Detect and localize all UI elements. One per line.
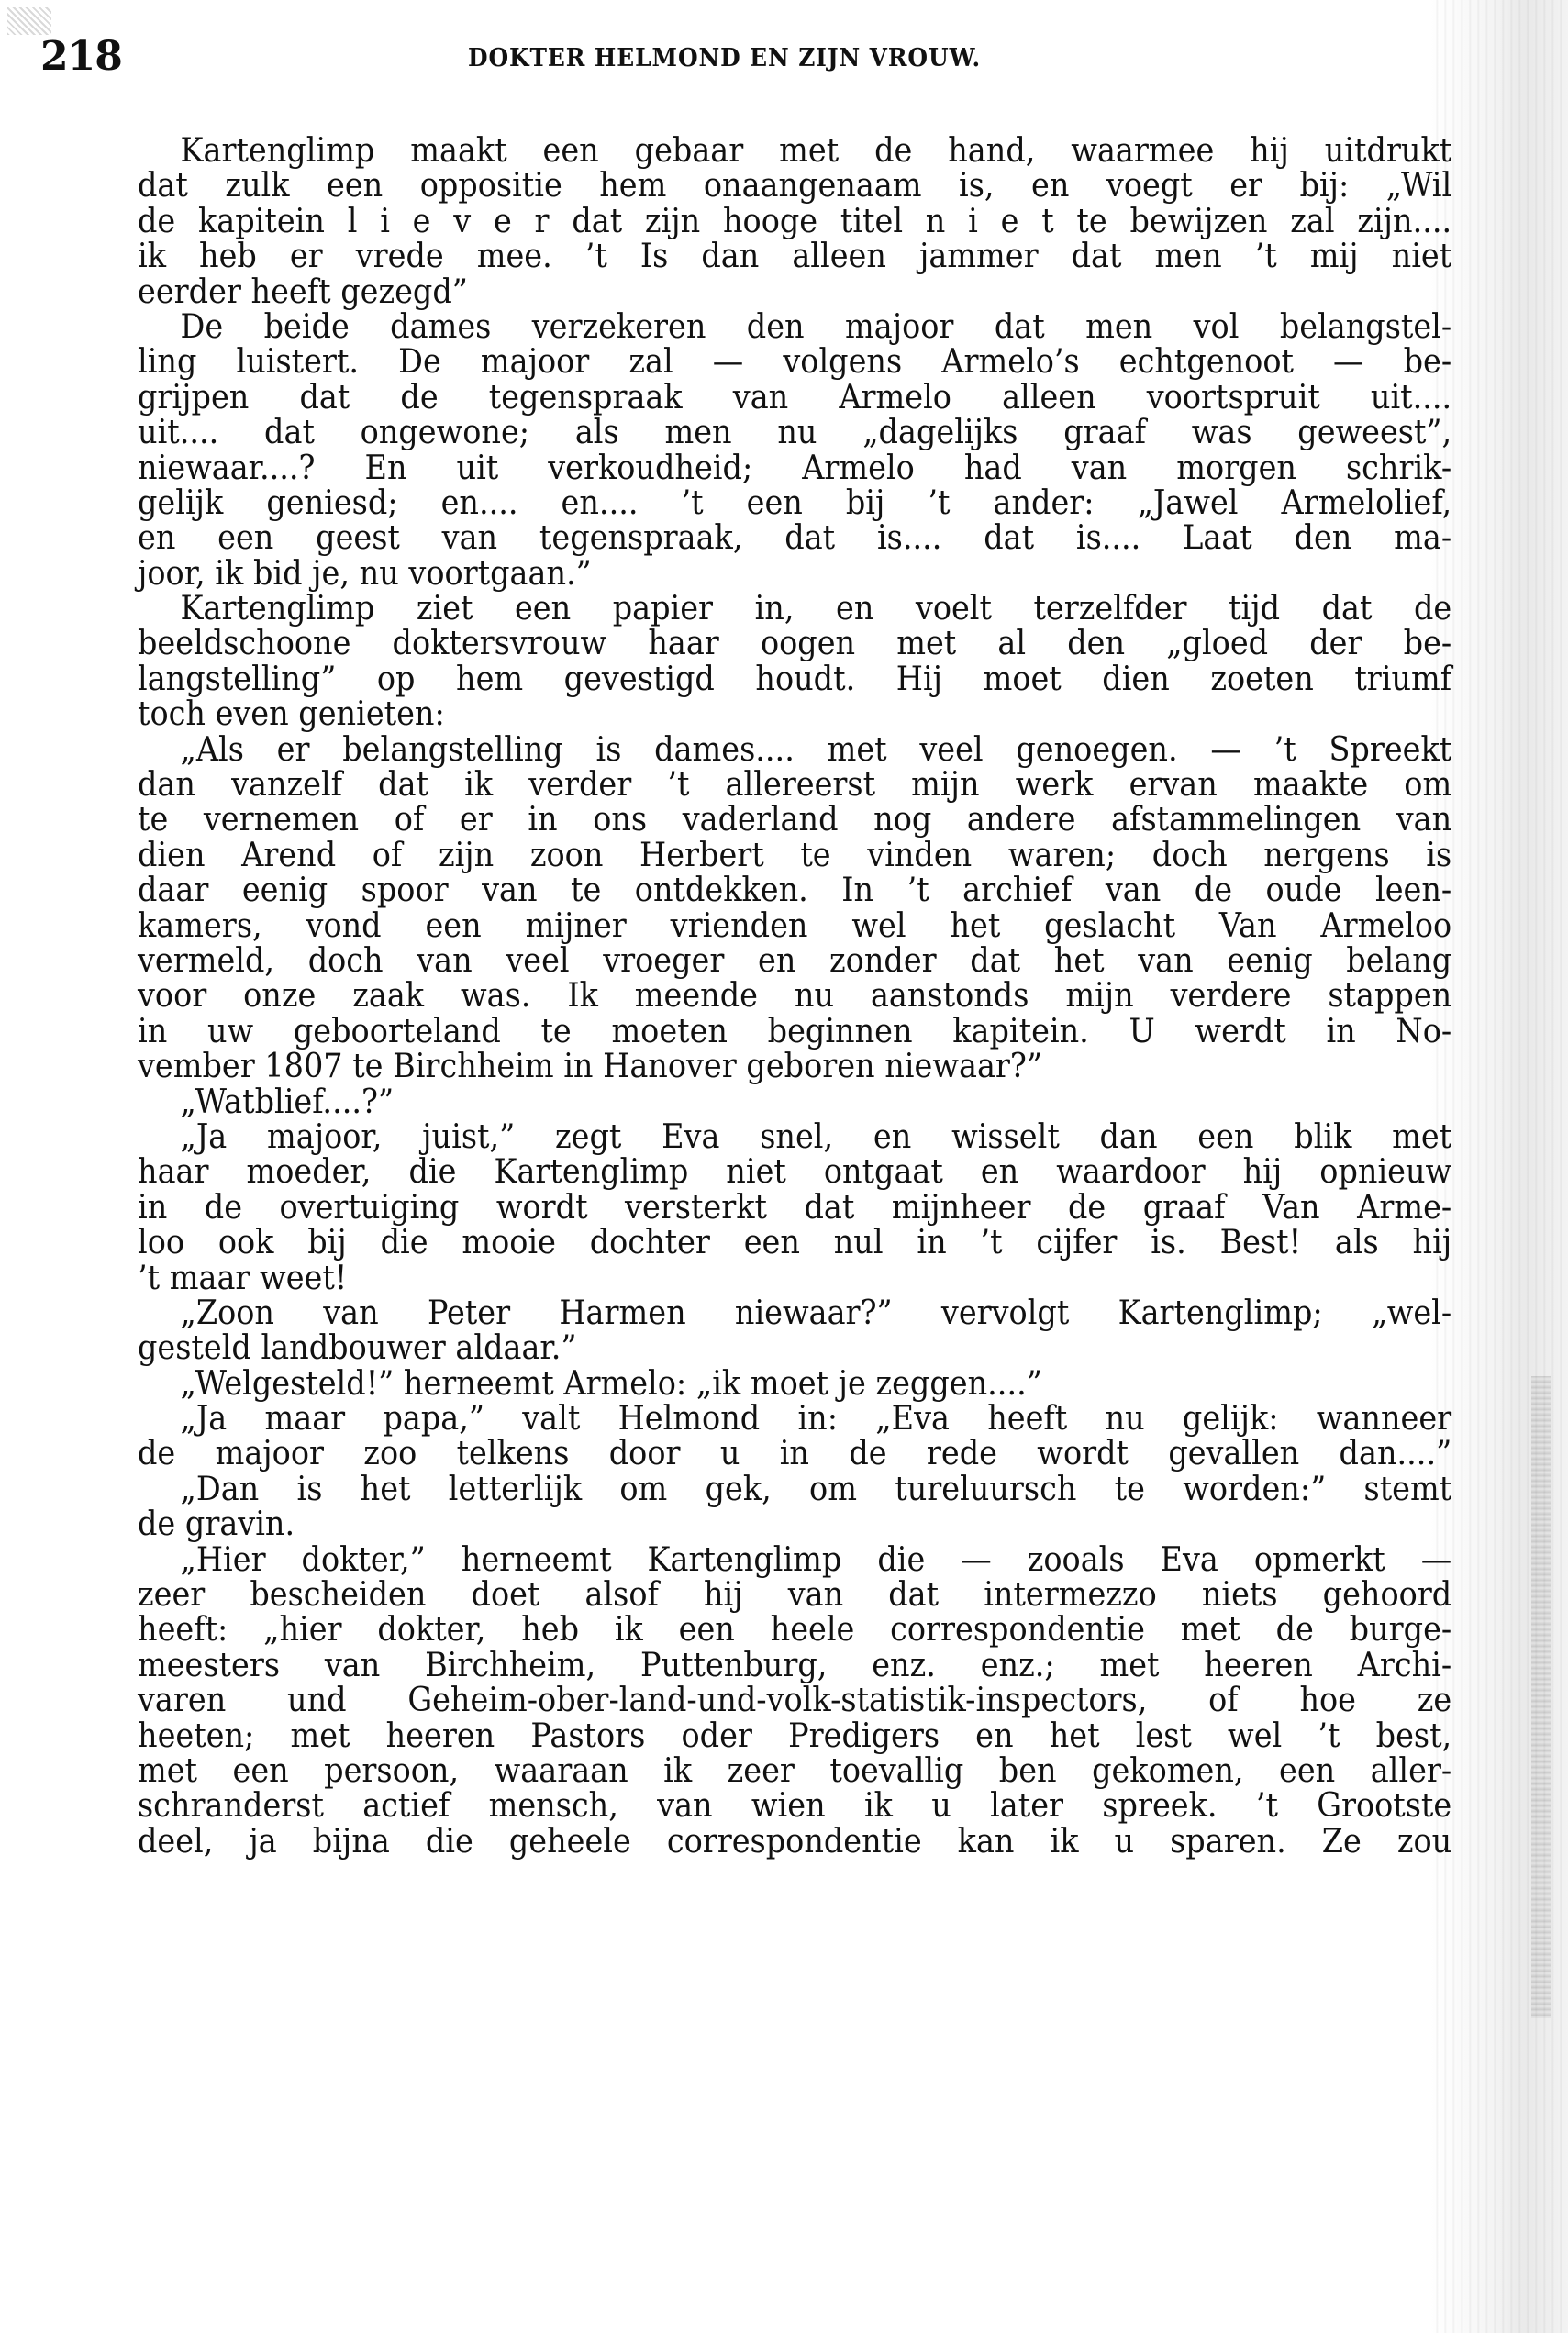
text-line: voor onze zaak was. Ik meende nu aanston…	[138, 979, 1451, 1014]
text-line: daar eenig spoor van te ontdekken. In ’t…	[138, 873, 1451, 908]
text-line: heeten; met heeren Pastors oder Prediger…	[138, 1719, 1451, 1754]
scan-noise	[7, 7, 51, 35]
text-line: heeft: „hier dokter, heb ik een heele co…	[138, 1613, 1451, 1648]
text-line: „Ja majoor, juist,” zegt Eva snel, en wi…	[138, 1120, 1451, 1155]
text-line: varen und Geheim-ober-land-und-volk-stat…	[138, 1683, 1451, 1718]
text-line: eerder heeft gezegd”	[138, 275, 1451, 310]
text-line: de kapitein l i e v e r dat zijn hooge t…	[138, 205, 1451, 239]
text-line: vermeld, doch van veel vroeger en zonder…	[138, 944, 1451, 979]
text-line: de majoor zoo telkens door u in de rede …	[138, 1437, 1451, 1472]
text-line: niewaar....? En uit verkoudheid; Armelo …	[138, 451, 1451, 486]
text-line: „Zoon van Peter Harmen niewaar?” vervolg…	[138, 1296, 1451, 1331]
text-line: vember 1807 te Birchheim in Hanover gebo…	[138, 1050, 1451, 1084]
text-line: loo ook bij die mooie dochter een nul in…	[138, 1226, 1451, 1261]
text-line: haar moeder, die Kartenglimp niet ontgaa…	[138, 1155, 1451, 1190]
text-line: joor, ik bid je, nu voortgaan.”	[138, 557, 1451, 592]
text-line: De beide dames verzekeren den majoor dat…	[138, 310, 1451, 345]
text-line: zeer bescheiden doet alsof hij van dat i…	[138, 1578, 1451, 1613]
text-line: dat zulk een oppositie hem onaangenaam i…	[138, 169, 1451, 204]
text-line: met een persoon, waaraan ik zeer toevall…	[138, 1754, 1451, 1789]
text-line: „Dan is het letterlijk om gek, om turelu…	[138, 1472, 1451, 1507]
text-line: Kartenglimp ziet een papier in, en voelt…	[138, 592, 1451, 627]
text-line: Kartenglimp maakt een gebaar met de hand…	[138, 134, 1451, 169]
text-line: in uw geboorteland te moeten beginnen ka…	[138, 1015, 1451, 1050]
text-line: dan vanzelf dat ik verder ’t allereerst …	[138, 768, 1451, 803]
text-line: kamers, vond een mijner vrienden wel het…	[138, 909, 1451, 944]
text-line: „Watblief....?”	[138, 1085, 1451, 1120]
scan-page-edge-shadow	[1531, 1376, 1551, 2018]
text-line: en een geest van tegenspraak, dat is....…	[138, 521, 1451, 556]
text-line: gelijk geniesd; en.... en.... ’t een bij…	[138, 486, 1451, 521]
text-line: grijpen dat de tegenspraak van Armelo al…	[138, 381, 1451, 416]
running-title: DOKTER HELMOND EN ZIJN VROUW.	[468, 44, 981, 72]
text-line: uit.... dat ongewone; als men nu „dageli…	[138, 416, 1451, 450]
text-line: te vernemen of er in ons vaderland nog a…	[138, 803, 1451, 838]
text-line: „Als er belangstelling is dames.... met …	[138, 733, 1451, 768]
book-page: 218 DOKTER HELMOND EN ZIJN VROUW. Karten…	[0, 0, 1568, 2333]
text-line: „Hier dokter,” herneemt Kartenglimp die …	[138, 1543, 1451, 1578]
text-line: ik heb er vrede mee. ’t Is dan alleen ja…	[138, 239, 1451, 274]
text-line: „Welgesteld!” herneemt Armelo: „ik moet …	[138, 1367, 1451, 1402]
text-line: toch even genieten:	[138, 697, 1451, 732]
text-line: beeldschoone doktersvrouw haar oogen met…	[138, 627, 1451, 661]
text-line: schranderst actief mensch, van wien ik u…	[138, 1789, 1451, 1824]
text-line: langstelling” op hem gevestigd houdt. Hi…	[138, 662, 1451, 697]
body-text: Kartenglimp maakt een gebaar met de hand…	[138, 134, 1468, 1860]
text-line: ling luistert. De majoor zal — volgens A…	[138, 345, 1451, 380]
text-line: „Ja maar papa,” valt Helmond in: „Eva he…	[138, 1402, 1451, 1437]
page-number: 218	[40, 33, 122, 80]
text-line: ’t maar weet!	[138, 1261, 1451, 1296]
text-line: meesters van Birchheim, Puttenburg, enz.…	[138, 1649, 1451, 1683]
text-line: in de overtuiging wordt versterkt dat mi…	[138, 1191, 1451, 1226]
text-line: gesteld landbouwer aldaar.”	[138, 1331, 1451, 1366]
text-line: deel, ja bijna die geheele correspondent…	[138, 1825, 1451, 1860]
text-line: de gravin.	[138, 1507, 1451, 1542]
running-header: 218 DOKTER HELMOND EN ZIJN VROUW.	[0, 33, 1568, 88]
text-line: dien Arend of zijn zoon Herbert te vinde…	[138, 839, 1451, 873]
